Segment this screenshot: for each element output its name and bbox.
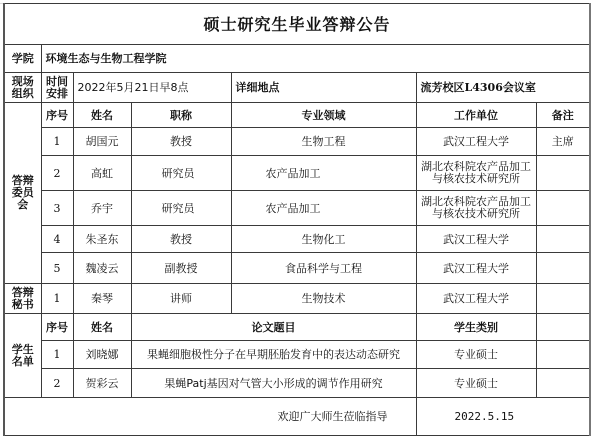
committee-row: 5 魏凌云 副教授 食品科学与工程 武汉工程大学	[4, 253, 590, 284]
student-empty	[536, 369, 590, 398]
member-note	[536, 191, 590, 226]
header-no: 序号	[41, 103, 73, 128]
member-field: 农产品加工	[231, 156, 416, 191]
member-field: 生物工程	[231, 128, 416, 156]
member-name: 高虹	[73, 156, 131, 191]
member-field: 农产品加工	[231, 191, 416, 226]
student-empty	[536, 341, 590, 369]
member-no: 4	[41, 226, 73, 253]
secretary-row: 答辩秘书 1 秦琴 讲师 生物技术 武汉工程大学	[4, 284, 590, 314]
time-label: 时间安排	[41, 73, 73, 103]
student-header-thesis: 论文题目	[131, 314, 416, 341]
student-type: 专业硕士	[416, 341, 536, 369]
time-value: 2022年5月21日早8点	[73, 73, 231, 103]
secretary-note	[536, 284, 590, 314]
member-note	[536, 253, 590, 284]
member-unit: 湖北农科院农产品加工与核农技术研究所	[416, 156, 536, 191]
student-no: 2	[41, 369, 73, 398]
page-title: 硕士研究生毕业答辩公告	[4, 4, 590, 45]
header-unit: 工作单位	[416, 103, 536, 128]
member-field: 生物化工	[231, 226, 416, 253]
student-header-name: 姓名	[73, 314, 131, 341]
member-name: 胡国元	[73, 128, 131, 156]
member-unit: 湖北农科院农产品加工与核农技术研究所	[416, 191, 536, 226]
secretary-title: 讲师	[131, 284, 231, 314]
member-name: 乔宇	[73, 191, 131, 226]
committee-row: 4 朱圣东 教授 生物化工 武汉工程大学	[4, 226, 590, 253]
student-no: 1	[41, 341, 73, 369]
member-title: 研究员	[131, 156, 231, 191]
student-row: 2 贺彩云 果蝇Patj基因对气管大小形成的调节作用研究 专业硕士	[4, 369, 590, 398]
member-title: 教授	[131, 226, 231, 253]
header-name: 姓名	[73, 103, 131, 128]
footer-welcome: 欢迎广大师生莅临指导	[4, 398, 416, 436]
member-title: 研究员	[131, 191, 231, 226]
member-name: 朱圣东	[73, 226, 131, 253]
committee-row: 1 胡国元 教授 生物工程 武汉工程大学 主席	[4, 128, 590, 156]
student-thesis: 果蝇Patj基因对气管大小形成的调节作用研究	[131, 369, 416, 398]
secretary-field: 生物技术	[231, 284, 416, 314]
member-title: 副教授	[131, 253, 231, 284]
college-value: 环境生态与生物工程学院	[41, 45, 590, 73]
member-unit: 武汉工程大学	[416, 226, 536, 253]
member-title: 教授	[131, 128, 231, 156]
college-label: 学院	[4, 45, 41, 73]
location-label: 详细地点	[231, 73, 416, 103]
student-header-type: 学生类别	[416, 314, 536, 341]
header-title: 职称	[131, 103, 231, 128]
secretary-name: 秦琴	[73, 284, 131, 314]
committee-section-label: 答辩委员会	[4, 103, 41, 284]
member-note: 主席	[536, 128, 590, 156]
location-value: 流芳校区L4306会议室	[416, 73, 590, 103]
student-name: 贺彩云	[73, 369, 131, 398]
member-name: 魏凌云	[73, 253, 131, 284]
header-field: 专业领域	[231, 103, 416, 128]
footer-date: 2022.5.15	[416, 398, 590, 436]
member-no: 1	[41, 128, 73, 156]
committee-row: 3 乔宇 研究员 农产品加工 湖北农科院农产品加工与核农技术研究所	[4, 191, 590, 226]
student-thesis: 果蝇细胞极性分子在早期胚胎发育中的表达动态研究	[131, 341, 416, 369]
secretary-unit: 武汉工程大学	[416, 284, 536, 314]
secretary-section-label: 答辩秘书	[4, 284, 41, 314]
organization-label: 现场组织	[4, 73, 41, 103]
member-field: 食品科学与工程	[231, 253, 416, 284]
student-row: 1 刘晓娜 果蝇细胞极性分子在早期胚胎发育中的表达动态研究 专业硕士	[4, 341, 590, 369]
committee-row: 2 高虹 研究员 农产品加工 湖北农科院农产品加工与核农技术研究所	[4, 156, 590, 191]
member-no: 3	[41, 191, 73, 226]
student-type: 专业硕士	[416, 369, 536, 398]
member-no: 5	[41, 253, 73, 284]
student-header-no: 序号	[41, 314, 73, 341]
member-note	[536, 226, 590, 253]
student-name: 刘晓娜	[73, 341, 131, 369]
member-unit: 武汉工程大学	[416, 253, 536, 284]
member-no: 2	[41, 156, 73, 191]
students-section-label: 学生名单	[4, 314, 41, 398]
member-unit: 武汉工程大学	[416, 128, 536, 156]
announcement-table: 硕士研究生毕业答辩公告 学院 环境生态与生物工程学院 现场组织 时间安排 202…	[3, 3, 591, 436]
member-note	[536, 156, 590, 191]
secretary-no: 1	[41, 284, 73, 314]
student-header-empty	[536, 314, 590, 341]
header-note: 备注	[536, 103, 590, 128]
